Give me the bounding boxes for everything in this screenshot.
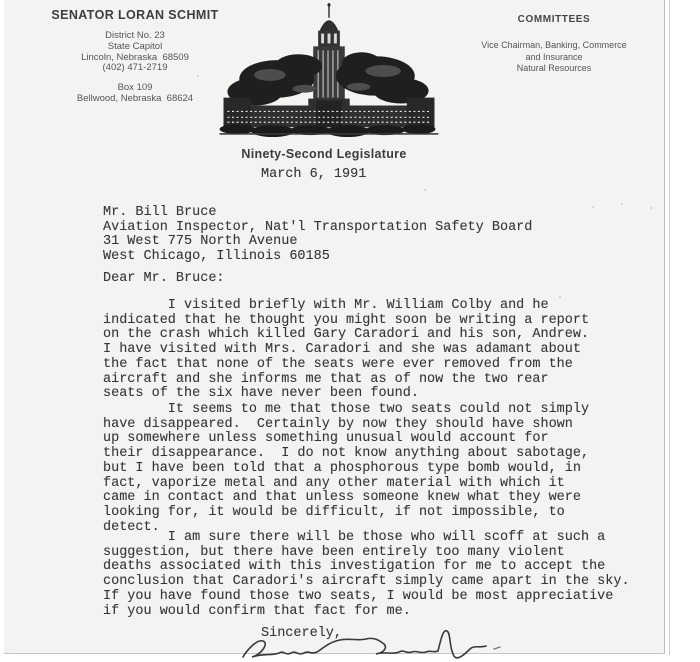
legislature-title: Ninety-Second Legislature xyxy=(149,147,499,161)
paragraph-2: It seems to me that those two seats coul… xyxy=(103,403,589,535)
capitol-building-icon xyxy=(214,2,444,140)
scan-speck xyxy=(197,75,199,77)
salutation: Dear Mr. Bruce: xyxy=(103,272,225,287)
recipient-address: Mr. Bill Bruce Aviation Inspector, Nat'l… xyxy=(103,206,532,265)
paragraph-3: I am sure there will be those who will s… xyxy=(103,531,630,619)
letter-date: March 6, 1991 xyxy=(261,168,366,183)
scan-speck xyxy=(559,296,561,298)
signature-handwritten xyxy=(237,626,537,662)
scan-mark: + xyxy=(298,650,303,659)
page-edge-line xyxy=(669,0,670,655)
scan-speck xyxy=(592,206,594,208)
letter-page: SENATOR LORAN SCHMIT District No. 23 Sta… xyxy=(4,0,665,654)
scan-speck xyxy=(621,203,623,205)
letterhead-right: COMMITTEES Vice Chairman, Banking, Comme… xyxy=(436,14,672,75)
scan-speck xyxy=(424,189,426,191)
scan-speck xyxy=(650,207,652,209)
committees-list: Vice Chairman, Banking, Commerce and Ins… xyxy=(436,40,672,75)
committees-title: COMMITTEES xyxy=(436,14,672,25)
paragraph-1: I visited briefly with Mr. William Colby… xyxy=(103,299,589,402)
